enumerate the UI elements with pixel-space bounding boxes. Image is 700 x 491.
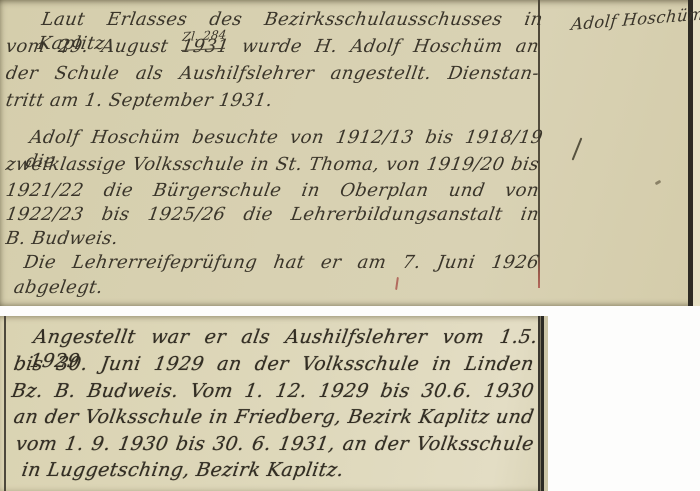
pen-stroke-mark xyxy=(572,137,583,160)
handwritten-line-bottom-3: Bz. B. Budweis. Vom 1. 12. 1929 bis 30.6… xyxy=(10,379,536,403)
bottom-scan-page: Angestellt war er als Aushilfslehrer vom… xyxy=(0,316,548,491)
handwritten-line-top-2: vom 29. August 1931 wurde H. Adolf Hosch… xyxy=(4,35,541,59)
page-left-edge-rule xyxy=(4,316,6,491)
page-right-edge-rule xyxy=(538,316,548,491)
handwritten-line-top-7: 1921/22 die Bürgerschule in Oberplan und… xyxy=(4,179,541,203)
handwritten-line-bottom-4: an der Volksschule in Friedberg, Bezirk … xyxy=(12,405,536,429)
handwritten-line-bottom-5: vom 1. 9. 1930 bis 30. 6. 1931, an der V… xyxy=(14,432,536,456)
handwritten-line-top-10: Die Lehrerreifeprüfung hat er am 7. Juni… xyxy=(22,251,541,275)
top-scan-page: Laut Erlasses des Bezirksschulausschusse… xyxy=(0,0,700,306)
insertion-note: Zl. 284 xyxy=(181,23,228,51)
page-right-edge-margin xyxy=(693,0,700,306)
margin-name-annotation: Adolf Hoschüm xyxy=(570,3,700,37)
handwritten-line-top-3: der Schule als Aushilfslehrer angestellt… xyxy=(4,62,541,86)
handwritten-line-top-11: abgelegt. xyxy=(12,276,105,300)
handwritten-line-top-9: B. Budweis. xyxy=(4,227,120,251)
handwritten-line-bottom-2: bis 30. Juni 1929 an der Volksschule in … xyxy=(12,352,536,376)
scanned-document-page: Laut Erlasses des Bezirksschulausschusse… xyxy=(0,0,700,491)
handwritten-line-top-6: zweiklassige Volksschule in St. Thoma, v… xyxy=(4,153,541,177)
red-pencil-tick xyxy=(395,277,399,290)
handwritten-line-top-4: tritt am 1. September 1931. xyxy=(4,89,274,113)
handwritten-line-bottom-6: in Luggetsching, Bezirk Kaplitz. xyxy=(20,458,346,482)
ink-speck xyxy=(655,180,662,186)
handwritten-line-top-8: 1922/23 bis 1925/26 die Lehrerbildungsan… xyxy=(4,203,541,227)
